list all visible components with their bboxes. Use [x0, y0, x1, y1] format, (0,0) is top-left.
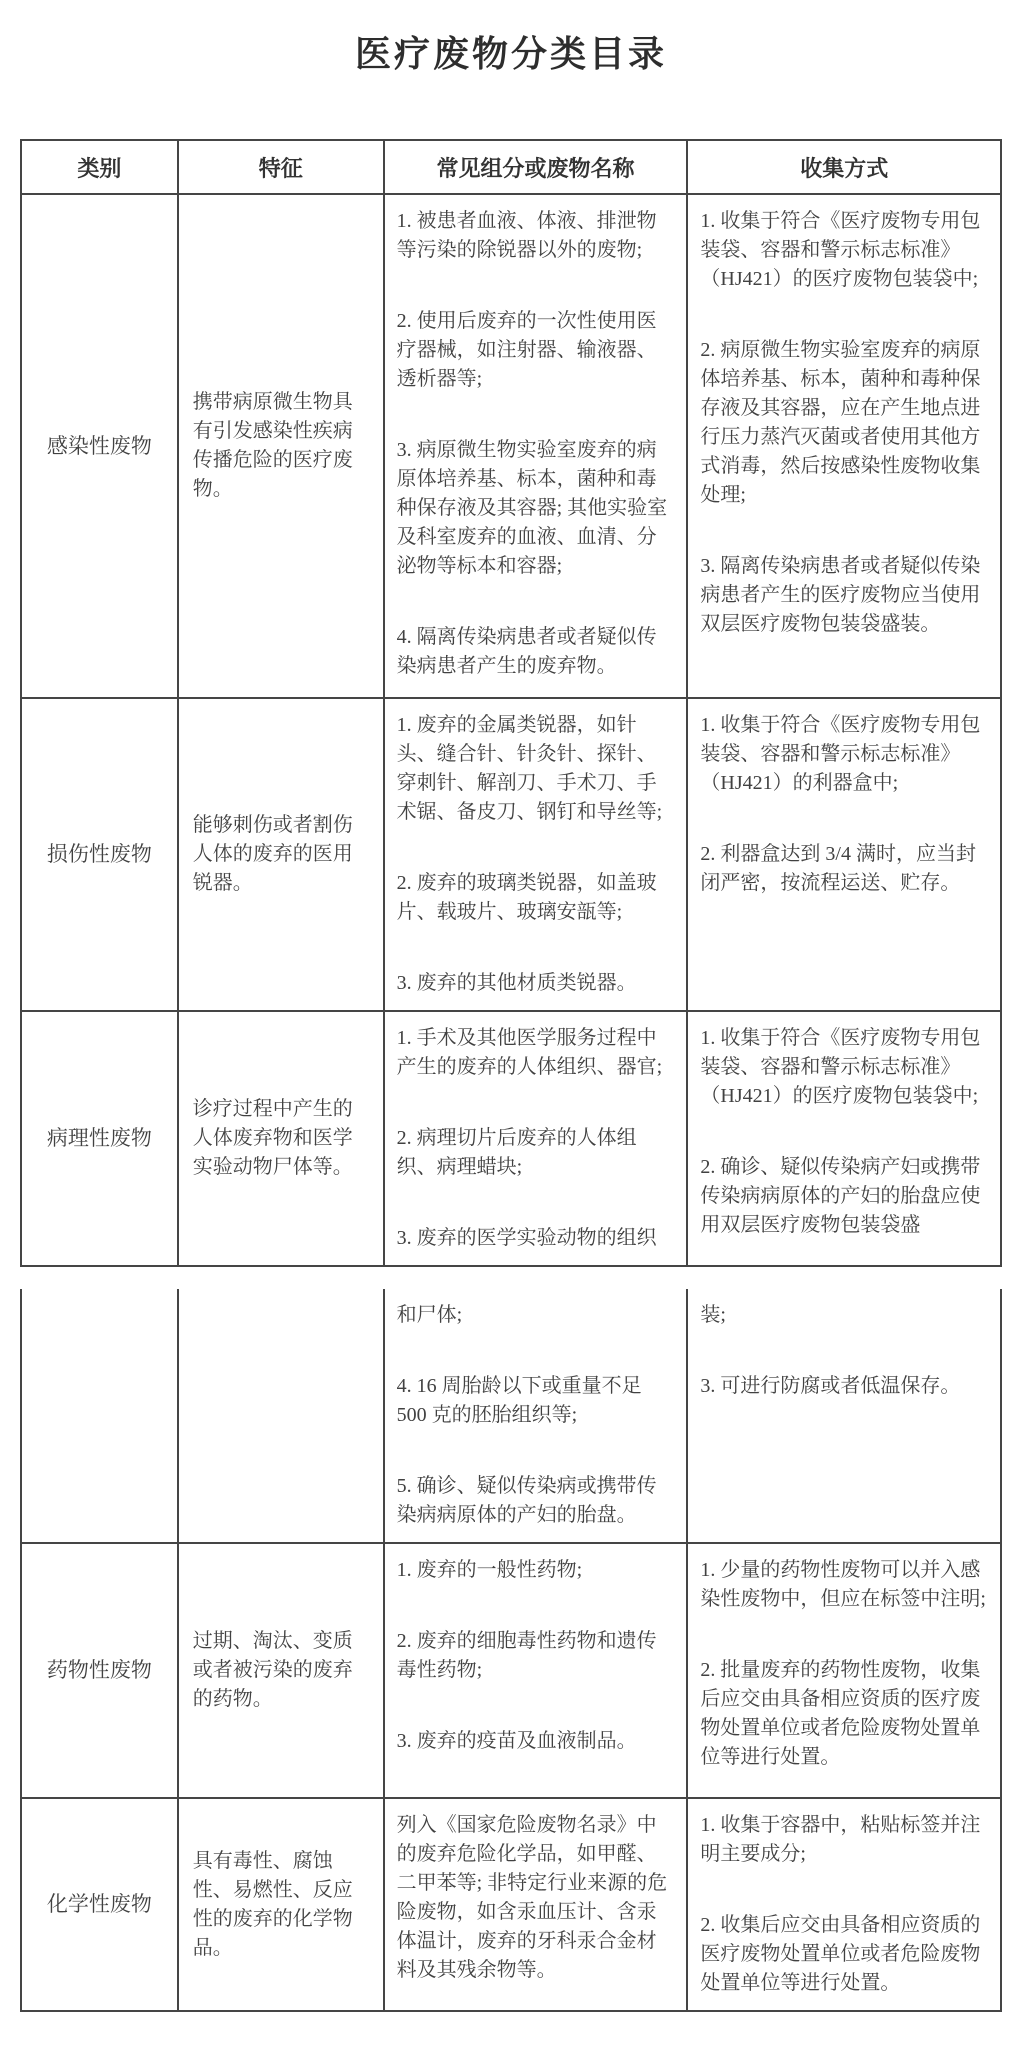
cell-paragraph: 4. 隔离传染病患者或者疑似传染病患者产生的废弃物。 — [397, 623, 675, 681]
page-title: 医疗废物分类目录 — [20, 26, 1002, 77]
cell-paragraph: 2. 病理切片后废弃的人体组织、病理蜡块; — [397, 1124, 675, 1182]
cell-paragraph: 4. 16 周胎龄以下或重量不足 500 克的胚胎组织等; — [397, 1372, 675, 1430]
category-cell: 化学性废物 — [21, 1798, 178, 2011]
column-header-feature: 特征 — [178, 140, 384, 194]
feature-cell: 携带病原微生物具有引发感染性疾病传播危险的医疗废物。 — [178, 194, 384, 698]
components-cell: 1. 废弃的一般性药物; 2. 废弃的细胞毒性药物和遗传毒性药物; 3. 废弃的… — [384, 1543, 688, 1798]
collection-cell: 装; 3. 可进行防腐或者低温保存。 — [687, 1289, 1001, 1543]
cell-paragraph: 2. 使用后废弃的一次性使用医疗器械，如注射器、输液器、透析器等; — [397, 307, 675, 394]
cell-paragraph: 3. 废弃的疫苗及血液制品。 — [397, 1727, 675, 1756]
column-header-components: 常见组分或废物名称 — [384, 140, 688, 194]
components-cell: 和尸体; 4. 16 周胎龄以下或重量不足 500 克的胚胎组织等; 5. 确诊… — [384, 1289, 688, 1543]
feature-cell: 诊疗过程中产生的人体废弃物和医学实验动物尸体等。 — [178, 1011, 384, 1266]
cell-paragraph: 3. 废弃的其他材质类锐器。 — [397, 969, 675, 998]
feature-cell: 过期、淘汰、变质或者被污染的废弃的药物。 — [178, 1543, 384, 1798]
cell-paragraph: 1. 收集于容器中，粘贴标签并注明主要成分; — [700, 1811, 988, 1869]
document-page: 医疗废物分类目录 类别 特征 常见组分或废物名称 收集方式 感染性废物 携带病原… — [0, 0, 1022, 2052]
category-cell: 病理性废物 — [21, 1011, 178, 1266]
cell-paragraph: 3. 可进行防腐或者低温保存。 — [700, 1372, 988, 1401]
collection-cell: 1. 收集于符合《医疗废物专用包装袋、容器和警示标志标准》（HJ421）的利器盒… — [687, 698, 1001, 1011]
table-row-chemical-waste: 化学性废物 具有毒性、腐蚀性、易燃性、反应性的废弃的化学物品。 列入《国家危险废… — [21, 1798, 1001, 2011]
cell-paragraph: 5. 确诊、疑似传染病或携带传染病病原体的产妇的胎盘。 — [397, 1472, 675, 1530]
table-row-sharps-waste: 损伤性废物 能够刺伤或者割伤人体的废弃的医用锐器。 1. 废弃的金属类锐器，如针… — [21, 698, 1001, 1011]
column-header-category: 类别 — [21, 140, 178, 194]
cell-paragraph: 1. 废弃的一般性药物; — [397, 1556, 675, 1585]
collection-cell: 1. 收集于符合《医疗废物专用包装袋、容器和警示标志标准》（HJ421）的医疗废… — [687, 1011, 1001, 1266]
feature-cell-empty — [178, 1289, 384, 1543]
category-cell: 药物性废物 — [21, 1543, 178, 1798]
cell-paragraph: 2. 病原微生物实验室废弃的病原体培养基、标本，菌种和毒种保存液及其容器，应在产… — [700, 336, 988, 510]
components-cell: 1. 被患者血液、体液、排泄物等污染的除锐器以外的废物; 2. 使用后废弃的一次… — [384, 194, 688, 698]
medical-waste-table-segment-2: 和尸体; 4. 16 周胎龄以下或重量不足 500 克的胚胎组织等; 5. 确诊… — [20, 1289, 1002, 2012]
table-row-pathological-waste-continued: 和尸体; 4. 16 周胎龄以下或重量不足 500 克的胚胎组织等; 5. 确诊… — [21, 1289, 1001, 1543]
table-row-infectious-waste: 感染性废物 携带病原微生物具有引发感染性疾病传播危险的医疗废物。 1. 被患者血… — [21, 194, 1001, 698]
components-cell: 列入《国家危险废物名录》中的废弃危险化学品，如甲醛、二甲苯等; 非特定行业来源的… — [384, 1798, 688, 2011]
column-header-collection: 收集方式 — [687, 140, 1001, 194]
cell-paragraph: 1. 被患者血液、体液、排泄物等污染的除锐器以外的废物; — [397, 207, 675, 265]
cell-paragraph: 1. 少量的药物性废物可以并入感染性废物中，但应在标签中注明; — [700, 1556, 988, 1614]
table-row-pathological-waste: 病理性废物 诊疗过程中产生的人体废弃物和医学实验动物尸体等。 1. 手术及其他医… — [21, 1011, 1001, 1266]
medical-waste-table-segment-1: 类别 特征 常见组分或废物名称 收集方式 感染性废物 携带病原微生物具有引发感染… — [20, 139, 1002, 1267]
cell-paragraph: 1. 收集于符合《医疗废物专用包装袋、容器和警示标志标准》（HJ421）的利器盒… — [700, 711, 988, 798]
cell-paragraph: 3. 废弃的医学实验动物的组织 — [397, 1224, 675, 1253]
components-cell: 1. 手术及其他医学服务过程中产生的废弃的人体组织、器官; 2. 病理切片后废弃… — [384, 1011, 688, 1266]
collection-cell: 1. 收集于容器中，粘贴标签并注明主要成分; 2. 收集后应交由具备相应资质的医… — [687, 1798, 1001, 2011]
feature-cell: 具有毒性、腐蚀性、易燃性、反应性的废弃的化学物品。 — [178, 1798, 384, 2011]
cell-paragraph: 2. 收集后应交由具备相应资质的医疗废物处置单位或者危险废物处置单位等进行处置。 — [700, 1911, 988, 1998]
cell-paragraph: 1. 收集于符合《医疗废物专用包装袋、容器和警示标志标准》（HJ421）的医疗废… — [700, 1024, 988, 1111]
collection-cell: 1. 收集于符合《医疗废物专用包装袋、容器和警示标志标准》（HJ421）的医疗废… — [687, 194, 1001, 698]
category-cell: 感染性废物 — [21, 194, 178, 698]
cell-paragraph: 2. 利器盒达到 3/4 满时，应当封闭严密，按流程运送、贮存。 — [700, 840, 988, 898]
category-cell: 损伤性废物 — [21, 698, 178, 1011]
cell-paragraph: 列入《国家危险废物名录》中的废弃危险化学品，如甲醛、二甲苯等; 非特定行业来源的… — [397, 1811, 675, 1985]
components-cell: 1. 废弃的金属类锐器，如针头、缝合针、针灸针、探针、穿刺针、解剖刀、手术刀、手… — [384, 698, 688, 1011]
cell-paragraph: 2. 批量废弃的药物性废物，收集后应交由具备相应资质的医疗废物处置单位或者危险废… — [700, 1656, 988, 1772]
cell-paragraph: 1. 手术及其他医学服务过程中产生的废弃的人体组织、器官; — [397, 1024, 675, 1082]
cell-paragraph: 2. 废弃的玻璃类锐器，如盖玻片、载玻片、玻璃安瓿等; — [397, 869, 675, 927]
cell-paragraph: 2. 废弃的细胞毒性药物和遗传毒性药物; — [397, 1627, 675, 1685]
cell-paragraph: 1. 收集于符合《医疗废物专用包装袋、容器和警示标志标准》（HJ421）的医疗废… — [700, 207, 988, 294]
cell-paragraph: 装; — [700, 1301, 988, 1330]
feature-cell: 能够刺伤或者割伤人体的废弃的医用锐器。 — [178, 698, 384, 1011]
table-row-pharmaceutical-waste: 药物性废物 过期、淘汰、变质或者被污染的废弃的药物。 1. 废弃的一般性药物; … — [21, 1543, 1001, 1798]
cell-paragraph: 3. 病原微生物实验室废弃的病原体培养基、标本，菌种和毒种保存液及其容器; 其他… — [397, 436, 675, 581]
cell-paragraph: 1. 废弃的金属类锐器，如针头、缝合针、针灸针、探针、穿刺针、解剖刀、手术刀、手… — [397, 711, 675, 827]
header-row: 类别 特征 常见组分或废物名称 收集方式 — [21, 140, 1001, 194]
category-cell-empty — [21, 1289, 178, 1543]
cell-paragraph: 3. 隔离传染病患者或者疑似传染病患者产生的医疗废物应当使用双层医疗废物包装袋盛… — [700, 552, 988, 639]
collection-cell: 1. 少量的药物性废物可以并入感染性废物中，但应在标签中注明; 2. 批量废弃的… — [687, 1543, 1001, 1798]
cell-paragraph: 2. 确诊、疑似传染病产妇或携带传染病病原体的产妇的胎盘应使用双层医疗废物包装袋… — [700, 1153, 988, 1240]
cell-paragraph: 和尸体; — [397, 1301, 675, 1330]
